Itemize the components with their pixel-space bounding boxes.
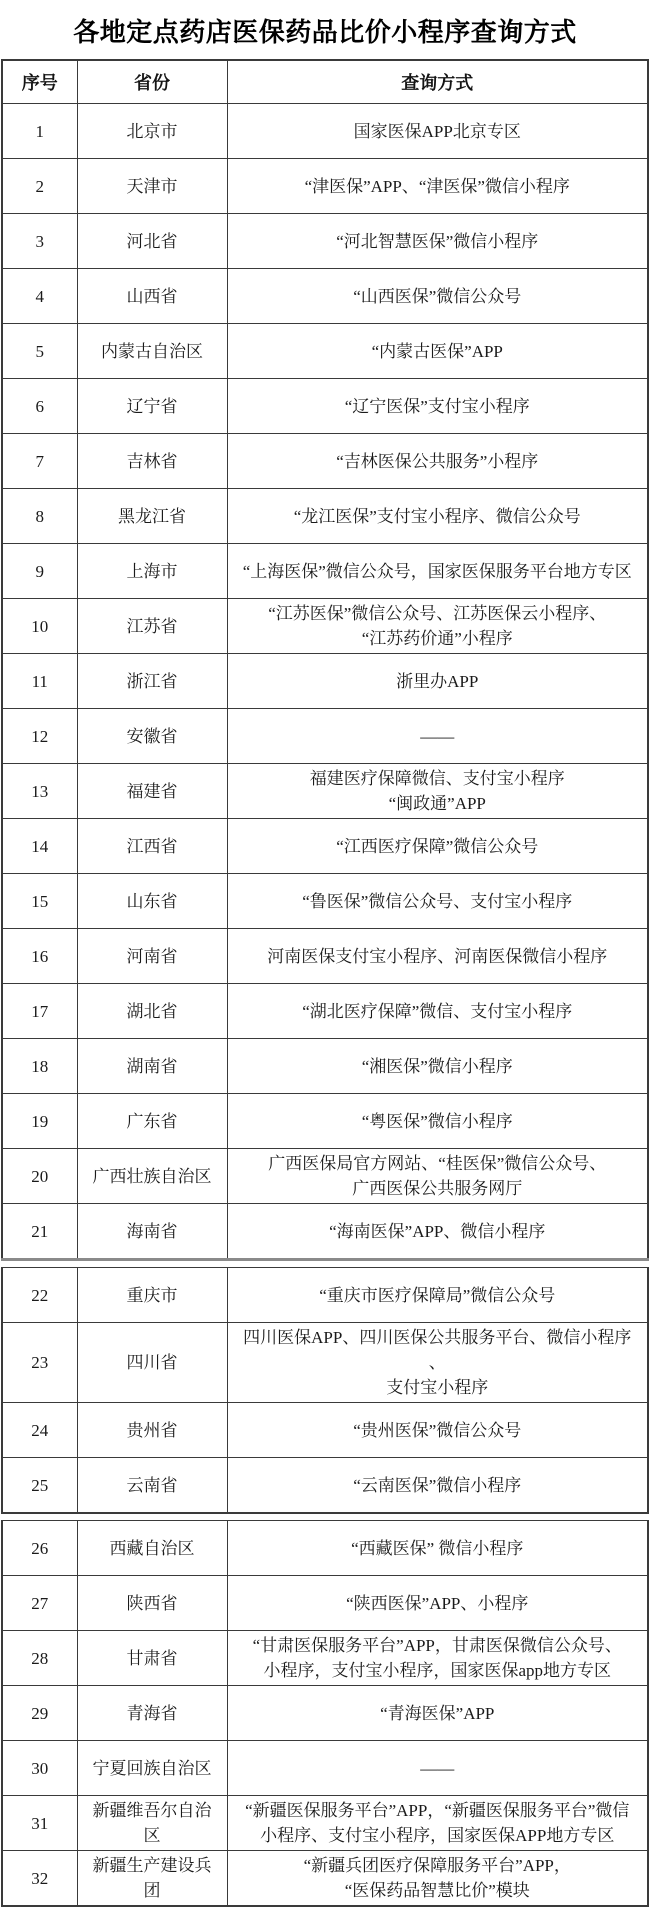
province-cell: 内蒙古自治区: [77, 324, 227, 379]
row-number-cell: 18: [2, 1039, 77, 1094]
document-page: 各地定点药店医保药品比价小程序查询方式 序号 省份 查询方式 1 北京市 国家医…: [0, 0, 650, 1907]
query-method-cell: “湖北医疗保障”微信、支付宝小程序: [227, 984, 648, 1039]
row-number-cell: 5: [2, 324, 77, 379]
row-number-cell: 15: [2, 874, 77, 929]
query-method-cell: “云南医保”微信小程序: [227, 1458, 648, 1514]
table-row: 12 安徽省 ——: [2, 709, 648, 764]
query-method-cell: “陕西医保”APP、小程序: [227, 1576, 648, 1631]
table-row: 5 内蒙古自治区 “内蒙古医保”APP: [2, 324, 648, 379]
query-method-cell: “粤医保”微信小程序: [227, 1094, 648, 1149]
row-number-cell: 27: [2, 1576, 77, 1631]
row-number-cell: 6: [2, 379, 77, 434]
table-row: 19 广东省 “粤医保”微信小程序: [2, 1094, 648, 1149]
table-row: 21 海南省 “海南医保”APP、微信小程序: [2, 1204, 648, 1260]
province-cell: 贵州省: [77, 1403, 227, 1458]
table-row: 22 重庆市 “重庆市医疗保障局”微信公众号: [2, 1268, 648, 1323]
province-cell: 新疆维吾尔自治区: [77, 1796, 227, 1851]
table-row: 10 江苏省 “江苏医保”微信公众号、江苏医保云小程序、 “江苏药价通”小程序: [2, 599, 648, 654]
table-row: 24 贵州省 “贵州医保”微信公众号: [2, 1403, 648, 1458]
table-row: 6 辽宁省 “辽宁医保”支付宝小程序: [2, 379, 648, 434]
table-row: 27 陕西省 “陕西医保”APP、小程序: [2, 1576, 648, 1631]
province-cell: 江苏省: [77, 599, 227, 654]
province-cell: 浙江省: [77, 654, 227, 709]
query-method-cell: “贵州医保”微信公众号: [227, 1403, 648, 1458]
query-method-cell: “内蒙古医保”APP: [227, 324, 648, 379]
table-row: 29 青海省 “青海医保”APP: [2, 1686, 648, 1741]
query-methods-table-segment-1: 序号 省份 查询方式 1 北京市 国家医保APP北京专区 2 天津市 “津医保”…: [1, 59, 649, 1261]
page-title: 各地定点药店医保药品比价小程序查询方式: [0, 12, 650, 49]
table-row: 8 黑龙江省 “龙江医保”支付宝小程序、微信公众号: [2, 489, 648, 544]
query-method-cell: 四川医保APP、四川医保公共服务平台、微信小程序 、 支付宝小程序: [227, 1323, 648, 1403]
query-method-cell: “山西医保”微信公众号: [227, 269, 648, 324]
query-methods-table-segment-2: 22 重庆市 “重庆市医疗保障局”微信公众号 23 四川省 四川医保APP、四川…: [1, 1267, 649, 1514]
table-row: 30 宁夏回族自治区 ——: [2, 1741, 648, 1796]
query-method-cell: “新疆医保服务平台”APP，“新疆医保服务平台”微信 小程序、支付宝小程序，国家…: [227, 1796, 648, 1851]
province-cell: 辽宁省: [77, 379, 227, 434]
query-method-cell: “甘肃医保服务平台”APP，甘肃医保微信公众号、 小程序，支付宝小程序，国家医保…: [227, 1631, 648, 1686]
query-method-cell: “青海医保”APP: [227, 1686, 648, 1741]
row-number-cell: 1: [2, 104, 77, 159]
province-cell: 新疆生产建设兵团: [77, 1851, 227, 1907]
province-cell: 安徽省: [77, 709, 227, 764]
row-number-cell: 28: [2, 1631, 77, 1686]
query-method-cell: “湘医保”微信小程序: [227, 1039, 648, 1094]
province-cell: 云南省: [77, 1458, 227, 1514]
province-cell: 广西壮族自治区: [77, 1149, 227, 1204]
province-cell: 上海市: [77, 544, 227, 599]
province-cell: 天津市: [77, 159, 227, 214]
row-number-cell: 26: [2, 1521, 77, 1576]
province-cell: 重庆市: [77, 1268, 227, 1323]
table-row: 9 上海市 “上海医保”微信公众号，国家医保服务平台地方专区: [2, 544, 648, 599]
table-row: 2 天津市 “津医保”APP、“津医保”微信小程序: [2, 159, 648, 214]
query-method-cell: 浙里办APP: [227, 654, 648, 709]
province-cell: 湖南省: [77, 1039, 227, 1094]
province-cell: 江西省: [77, 819, 227, 874]
table-row: 23 四川省 四川医保APP、四川医保公共服务平台、微信小程序 、 支付宝小程序: [2, 1323, 648, 1403]
row-number-cell: 9: [2, 544, 77, 599]
province-cell: 海南省: [77, 1204, 227, 1260]
table-row: 1 北京市 国家医保APP北京专区: [2, 104, 648, 159]
query-method-cell: “龙江医保”支付宝小程序、微信公众号: [227, 489, 648, 544]
query-method-cell: “津医保”APP、“津医保”微信小程序: [227, 159, 648, 214]
table-row: 4 山西省 “山西医保”微信公众号: [2, 269, 648, 324]
row-number-cell: 2: [2, 159, 77, 214]
province-cell: 福建省: [77, 764, 227, 819]
province-cell: 青海省: [77, 1686, 227, 1741]
table-row: 15 山东省 “鲁医保”微信公众号、支付宝小程序: [2, 874, 648, 929]
query-method-cell: “鲁医保”微信公众号、支付宝小程序: [227, 874, 648, 929]
province-cell: 湖北省: [77, 984, 227, 1039]
province-cell: 宁夏回族自治区: [77, 1741, 227, 1796]
column-header-query-method: 查询方式: [227, 60, 648, 104]
row-number-cell: 4: [2, 269, 77, 324]
row-number-cell: 29: [2, 1686, 77, 1741]
query-method-cell: “江西医疗保障”微信公众号: [227, 819, 648, 874]
province-cell: 西藏自治区: [77, 1521, 227, 1576]
table-row: 13 福建省 福建医疗保障微信、支付宝小程序 “闽政通”APP: [2, 764, 648, 819]
query-method-cell: “重庆市医疗保障局”微信公众号: [227, 1268, 648, 1323]
query-method-cell: 国家医保APP北京专区: [227, 104, 648, 159]
row-number-cell: 8: [2, 489, 77, 544]
row-number-cell: 20: [2, 1149, 77, 1204]
row-number-cell: 19: [2, 1094, 77, 1149]
table-row: 17 湖北省 “湖北医疗保障”微信、支付宝小程序: [2, 984, 648, 1039]
province-cell: 陕西省: [77, 1576, 227, 1631]
table-row: 26 西藏自治区 “西藏医保” 微信小程序: [2, 1521, 648, 1576]
query-method-cell: 福建医疗保障微信、支付宝小程序 “闽政通”APP: [227, 764, 648, 819]
province-cell: 河北省: [77, 214, 227, 269]
row-number-cell: 22: [2, 1268, 77, 1323]
province-cell: 广东省: [77, 1094, 227, 1149]
query-method-cell: “吉林医保公共服务”小程序: [227, 434, 648, 489]
row-number-cell: 30: [2, 1741, 77, 1796]
row-number-cell: 16: [2, 929, 77, 984]
query-method-cell: ——: [227, 709, 648, 764]
row-number-cell: 12: [2, 709, 77, 764]
table-row: 31 新疆维吾尔自治区 “新疆医保服务平台”APP，“新疆医保服务平台”微信 小…: [2, 1796, 648, 1851]
row-number-cell: 31: [2, 1796, 77, 1851]
query-method-cell: 广西医保局官方网站、“桂医保”微信公众号、 广西医保公共服务网厅: [227, 1149, 648, 1204]
query-method-cell: “上海医保”微信公众号，国家医保服务平台地方专区: [227, 544, 648, 599]
row-number-cell: 7: [2, 434, 77, 489]
province-cell: 河南省: [77, 929, 227, 984]
row-number-cell: 3: [2, 214, 77, 269]
column-header-no: 序号: [2, 60, 77, 104]
query-method-cell: “江苏医保”微信公众号、江苏医保云小程序、 “江苏药价通”小程序: [227, 599, 648, 654]
table-row: 7 吉林省 “吉林医保公共服务”小程序: [2, 434, 648, 489]
province-cell: 甘肃省: [77, 1631, 227, 1686]
row-number-cell: 23: [2, 1323, 77, 1403]
query-method-cell: “河北智慧医保”微信小程序: [227, 214, 648, 269]
table-header-row: 序号 省份 查询方式: [2, 60, 648, 104]
row-number-cell: 21: [2, 1204, 77, 1260]
row-number-cell: 25: [2, 1458, 77, 1514]
province-cell: 吉林省: [77, 434, 227, 489]
row-number-cell: 24: [2, 1403, 77, 1458]
table-row: 18 湖南省 “湘医保”微信小程序: [2, 1039, 648, 1094]
row-number-cell: 17: [2, 984, 77, 1039]
table-row: 32 新疆生产建设兵团 “新疆兵团医疗保障服务平台”APP， “医保药品智慧比价…: [2, 1851, 648, 1907]
table-row: 3 河北省 “河北智慧医保”微信小程序: [2, 214, 648, 269]
query-method-cell: 河南医保支付宝小程序、河南医保微信小程序: [227, 929, 648, 984]
table-row: 28 甘肃省 “甘肃医保服务平台”APP，甘肃医保微信公众号、 小程序，支付宝小…: [2, 1631, 648, 1686]
query-method-cell: “新疆兵团医疗保障服务平台”APP， “医保药品智慧比价”模块: [227, 1851, 648, 1907]
province-cell: 北京市: [77, 104, 227, 159]
row-number-cell: 32: [2, 1851, 77, 1907]
query-method-cell: ——: [227, 1741, 648, 1796]
query-methods-table-segment-3: 26 西藏自治区 “西藏医保” 微信小程序 27 陕西省 “陕西医保”APP、小…: [1, 1520, 649, 1907]
table-row: 25 云南省 “云南医保”微信小程序: [2, 1458, 648, 1514]
table-row: 11 浙江省 浙里办APP: [2, 654, 648, 709]
column-header-province: 省份: [77, 60, 227, 104]
province-cell: 黑龙江省: [77, 489, 227, 544]
row-number-cell: 13: [2, 764, 77, 819]
row-number-cell: 11: [2, 654, 77, 709]
query-method-cell: “西藏医保” 微信小程序: [227, 1521, 648, 1576]
province-cell: 山西省: [77, 269, 227, 324]
query-method-cell: “海南医保”APP、微信小程序: [227, 1204, 648, 1260]
table-row: 14 江西省 “江西医疗保障”微信公众号: [2, 819, 648, 874]
province-cell: 山东省: [77, 874, 227, 929]
query-method-cell: “辽宁医保”支付宝小程序: [227, 379, 648, 434]
table-row: 20 广西壮族自治区 广西医保局官方网站、“桂医保”微信公众号、 广西医保公共服…: [2, 1149, 648, 1204]
province-cell: 四川省: [77, 1323, 227, 1403]
row-number-cell: 14: [2, 819, 77, 874]
table-row: 16 河南省 河南医保支付宝小程序、河南医保微信小程序: [2, 929, 648, 984]
row-number-cell: 10: [2, 599, 77, 654]
